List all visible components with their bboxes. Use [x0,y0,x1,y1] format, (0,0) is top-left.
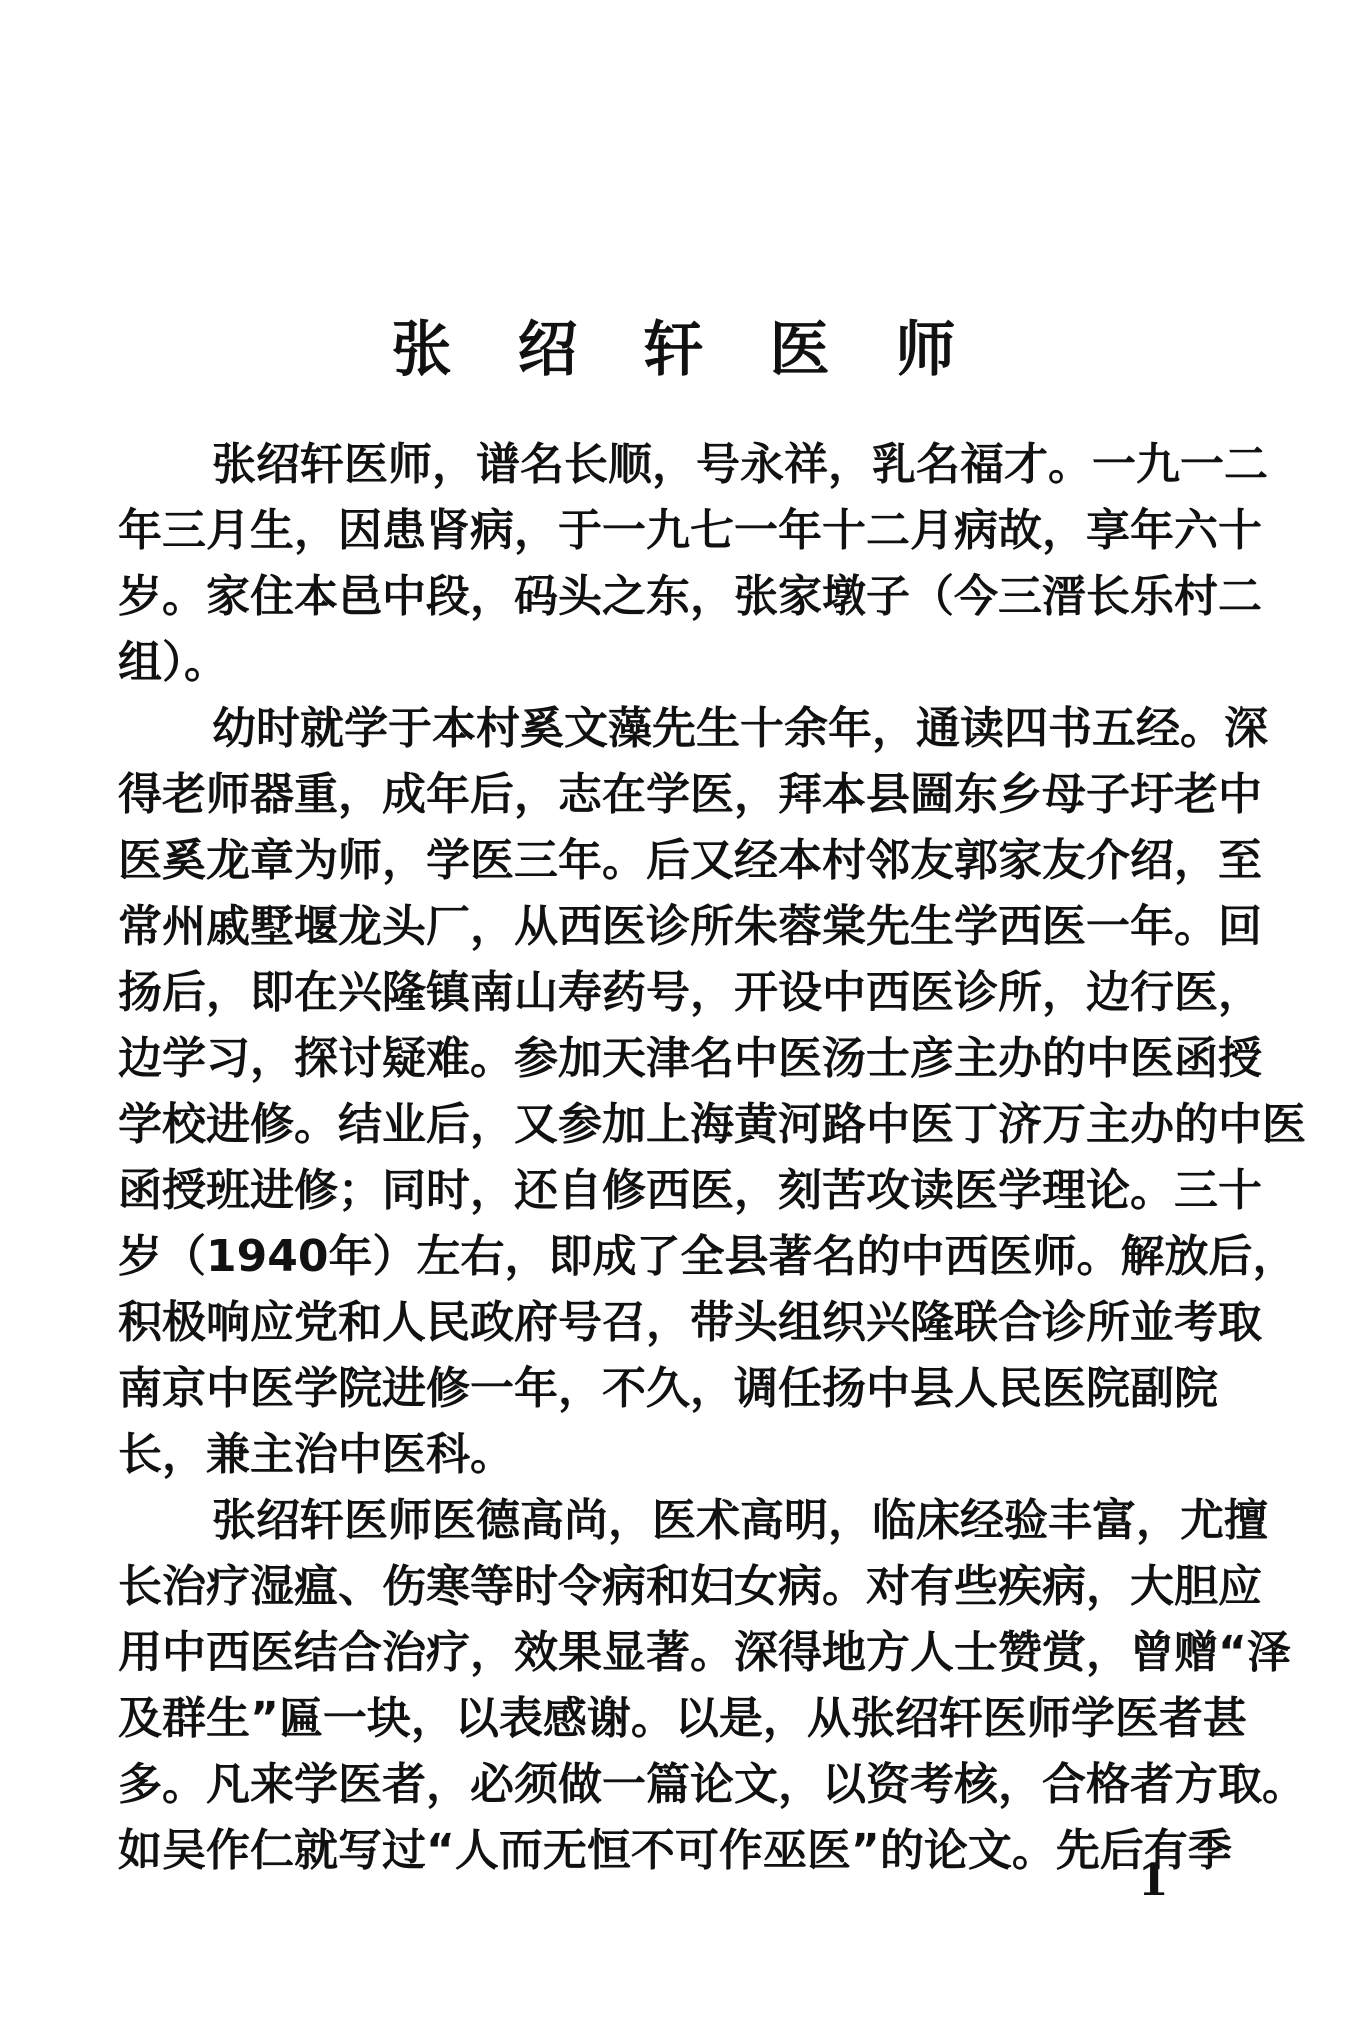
text-line: 组）。 [118,630,1198,696]
text-line: 医奚龙章为师，学医三年。后又经本村邻友郭家友介绍，至 [118,828,1198,894]
page-title: 张绍轩医师 [0,300,1347,400]
text-line: 如吴作仁就写过“人而无恒不可作巫医”的论文。先后有季 [118,1818,1198,1884]
text-line: 得老师器重，成年后，志在学医，拜本县圌东乡母子圩老中 [118,762,1198,828]
text-line: 岁（1940年）左右，即成了全县著名的中西医师。解放后， [118,1224,1198,1290]
text-line: 用中西医结合治疗，效果显著。深得地方人士赞赏，曾赠“泽 [118,1620,1198,1686]
text-line: 年三月生，因患肾病，于一九七一年十二月病故，享年六十 [118,498,1198,564]
text-line: 积极响应党和人民政府号召，带头组织兴隆联合诊所並考取 [118,1290,1198,1356]
text-line: 扬后，即在兴隆镇南山寿药号，开设中西医诊所，边行医， [118,960,1198,1026]
text-line: 多。凡来学医者，必须做一篇论文，以资考核，合格者方取。 [118,1752,1198,1818]
text-line: 及群生”匾一块，以表感谢。以是，从张绍轩医师学医者甚 [118,1686,1198,1752]
text-line: 南京中医学院进修一年，不久，调任扬中县人民医院副院 [118,1356,1198,1422]
page-number: 1 [1138,1855,1169,1906]
text-line: 函授班进修；同时，还自修西医，刻苦攻读医学理论。三十 [118,1158,1198,1224]
paragraph-2: 幼时就学于本村奚文藻先生十余年，通读四书五经。深 得老师器重，成年后，志在学医，… [118,696,1198,1488]
text-line: 幼时就学于本村奚文藻先生十余年，通读四书五经。深 [118,696,1198,762]
body-text: 张绍轩医师，谱名长顺，号永祥，乳名福才。一九一二 年三月生，因患肾病，于一九七一… [118,432,1198,1884]
text-line: 边学习，探讨疑难。参加天津名中医汤士彦主办的中医函授 [118,1026,1198,1092]
text-line: 岁。家住本邑中段，码头之东，张家墩子（今三溍长乐村二 [118,564,1198,630]
text-line: 学校进修。结业后，又参加上海黄河路中医丁济万主办的中医 [118,1092,1198,1158]
text-line: 张绍轩医师，谱名长顺，号永祥，乳名福才。一九一二 [118,432,1198,498]
text-line: 长治疗湿瘟、伤寒等时令病和妇女病。对有些疾病，大胆应 [118,1554,1198,1620]
paragraph-3: 张绍轩医师医德高尚，医术高明，临床经验丰富，尤擅 长治疗湿瘟、伤寒等时令病和妇女… [118,1488,1198,1884]
paragraph-1: 张绍轩医师，谱名长顺，号永祥，乳名福才。一九一二 年三月生，因患肾病，于一九七一… [118,432,1198,696]
text-line: 常州戚墅堰龙头厂，从西医诊所朱蓉棠先生学西医一年。回 [118,894,1198,960]
text-line: 张绍轩医师医德高尚，医术高明，临床经验丰富，尤擅 [118,1488,1198,1554]
text-line: 长，兼主治中医科。 [118,1422,1198,1488]
